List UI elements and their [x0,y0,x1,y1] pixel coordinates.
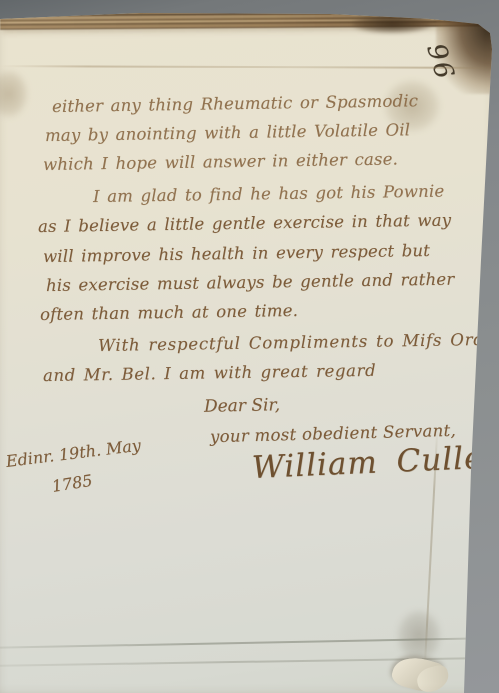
letter-page: either any thing Rheumatic or Spasmodic … [0,0,499,693]
stain [0,70,28,118]
letter-line: and Mr. Bel. I am with great regard [43,361,376,385]
letter-line: I am glad to find he has got his Pownie [93,181,445,206]
letter-line: his exercise must always be gentle and r… [46,270,455,295]
letter-line: as I believe a little gentle exercise in… [38,211,452,236]
manuscript-photo: either any thing Rheumatic or Spasmodic … [0,0,499,693]
letter-salutation: Dear Sir, [204,395,281,417]
letter-line: either any thing Rheumatic or Spasmodic [52,91,418,116]
letter-line: which I hope will answer in either case. [43,149,398,174]
letter-line: With respectful Compliments to Mifs Ord [98,330,485,355]
signature: William Cullen [251,439,499,486]
crease [0,65,492,69]
dateline-year: 1785 [51,471,94,496]
dateline-place-date: Edinr. 19th. May [5,436,142,471]
letter-line: often than much at one time. [40,301,298,324]
top-edge-smudge [352,15,432,33]
letter-line: may by anointing with a little Volatile … [45,120,410,145]
letter-line: will improve his health in every respect… [43,241,430,266]
stain [397,610,441,662]
